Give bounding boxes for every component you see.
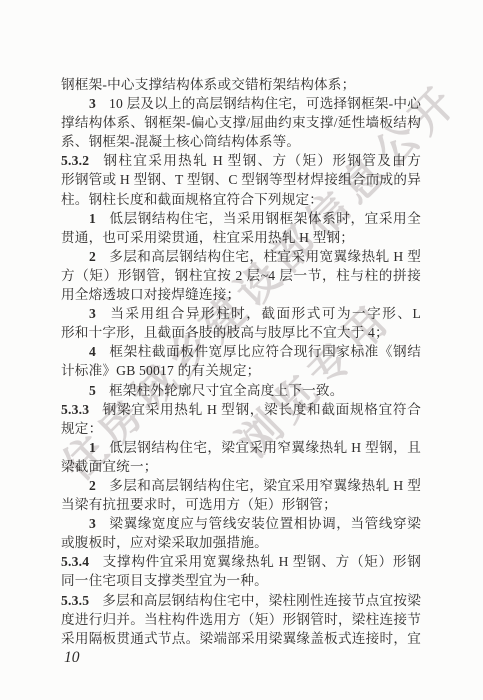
- text-line: 计标准》GB 50017 的有关规定；: [61, 361, 421, 380]
- clause-number: 2: [89, 249, 96, 264]
- clause-line: 5框架柱外轮廓尺寸宜全高度上下一致。: [61, 381, 421, 400]
- clause-line: 2多层和高层钢结构住宅，梁宜采用窄翼缘热轧 H 型钢，: [61, 476, 421, 495]
- clause-line: 1低层钢结构住宅，当采用钢框架体系时，宜采用全高柱: [61, 209, 421, 228]
- text-line: 用全熔透坡口对接焊缝连接；: [61, 285, 421, 304]
- clause-line: 4框架柱截面板件宽厚比应符合现行国家标准《钢结构设: [61, 342, 421, 361]
- text-line: 撑结构体系、钢框架-偏心支撑/屈曲约束支撑/延性墙板结构体: [61, 113, 421, 132]
- clause-line: 5.3.5多层和高层钢结构住宅中，梁柱刚性连接节点宜按梁高: [61, 591, 421, 610]
- clause-number: 5.3.3: [61, 402, 89, 417]
- text-line: 当梁有抗扭要求时，可选用方（矩）形钢管；: [61, 495, 421, 514]
- clause-number: 5.3.2: [61, 153, 89, 168]
- text-line: 形钢管或 H 型钢、T 型钢、C 型钢等型材焊接组合而成的异形: [61, 170, 421, 189]
- clause-line: 1低层钢结构住宅，梁宜采用窄翼缘热轧 H 型钢，且主要: [61, 438, 421, 457]
- clause-line: 5.3.3钢梁宜采用热轧 H 型钢，梁长度和截面规格宜符合下列: [61, 400, 421, 419]
- clause-number: 3: [89, 306, 96, 321]
- clause-number: 3: [89, 516, 96, 531]
- text-line: 或腹板时，应对梁采取加强措施。: [61, 533, 421, 552]
- text-line: 系、钢框架-混凝土核心筒结构体系等。: [61, 132, 421, 151]
- text-line: 形和十字形，且截面各肢的肢高与肢厚比不宜大于 4；: [61, 323, 421, 342]
- clause-line: 5.3.2钢柱宜采用热轧 H 型钢、方（矩）形钢管及由方（矩）: [61, 151, 421, 170]
- page-text-block: 钢框架-中心支撑结构体系或交错桁架结构体系；310 层及以上的高层钢结构住宅，可…: [61, 75, 421, 648]
- clause-number: 2: [89, 478, 96, 493]
- text-line: 度进行归并。当柱构件选用方（矩）形钢管时，梁柱连接节点宜: [61, 610, 421, 629]
- text-line: 同一住宅项目支撑类型宜为一种。: [61, 571, 421, 590]
- page-number: 10: [64, 648, 80, 668]
- clause-number: 5.3.4: [61, 554, 89, 569]
- clause-number: 1: [89, 440, 96, 455]
- clause-number: 3: [89, 96, 96, 111]
- text-line: 梁截面宜统一；: [61, 457, 421, 476]
- clause-number: 4: [89, 344, 96, 359]
- clause-number: 5: [89, 383, 96, 398]
- clause-line: 310 层及以上的高层钢结构住宅，可选择钢框架-中心支: [61, 94, 421, 113]
- text-line: 柱。钢柱长度和截面规格宜符合下列规定：: [61, 190, 421, 209]
- clause-line: 3当采用组合异形柱时，截面形式可为一字形、L 形、T: [61, 304, 421, 323]
- clause-line: 5.3.4支撑构件宜采用宽翼缘热轧 H 型钢、方（矩）形钢管。: [61, 552, 421, 571]
- text-line: 方（矩）形钢管，钢柱宜按 2 层~4 层一节，柱与柱的拼接应采: [61, 266, 421, 285]
- document-page: 住房城乡建设部信息公开浏览专用 钢框架-中心支撑结构体系或交错桁架结构体系；31…: [0, 0, 483, 700]
- clause-line: 3梁翼缘宽度应与管线安装位置相协调，当管线穿梁翼缘: [61, 514, 421, 533]
- clause-number: 1: [89, 211, 96, 226]
- clause-line: 2多层和高层钢结构住宅，柱宜采用宽翼缘热轧 H 型钢或: [61, 247, 421, 266]
- text-line: 贯通，也可采用梁贯通，柱宜采用热轧 H 型钢；: [61, 228, 421, 247]
- text-line: 采用隔板贯通式节点。梁端部采用梁翼缘盖板式连接时，宜在工: [61, 629, 421, 648]
- clause-number: 5.3.5: [61, 593, 89, 608]
- text-line: 钢框架-中心支撑结构体系或交错桁架结构体系；: [61, 75, 421, 94]
- text-line: 规定：: [61, 419, 421, 438]
